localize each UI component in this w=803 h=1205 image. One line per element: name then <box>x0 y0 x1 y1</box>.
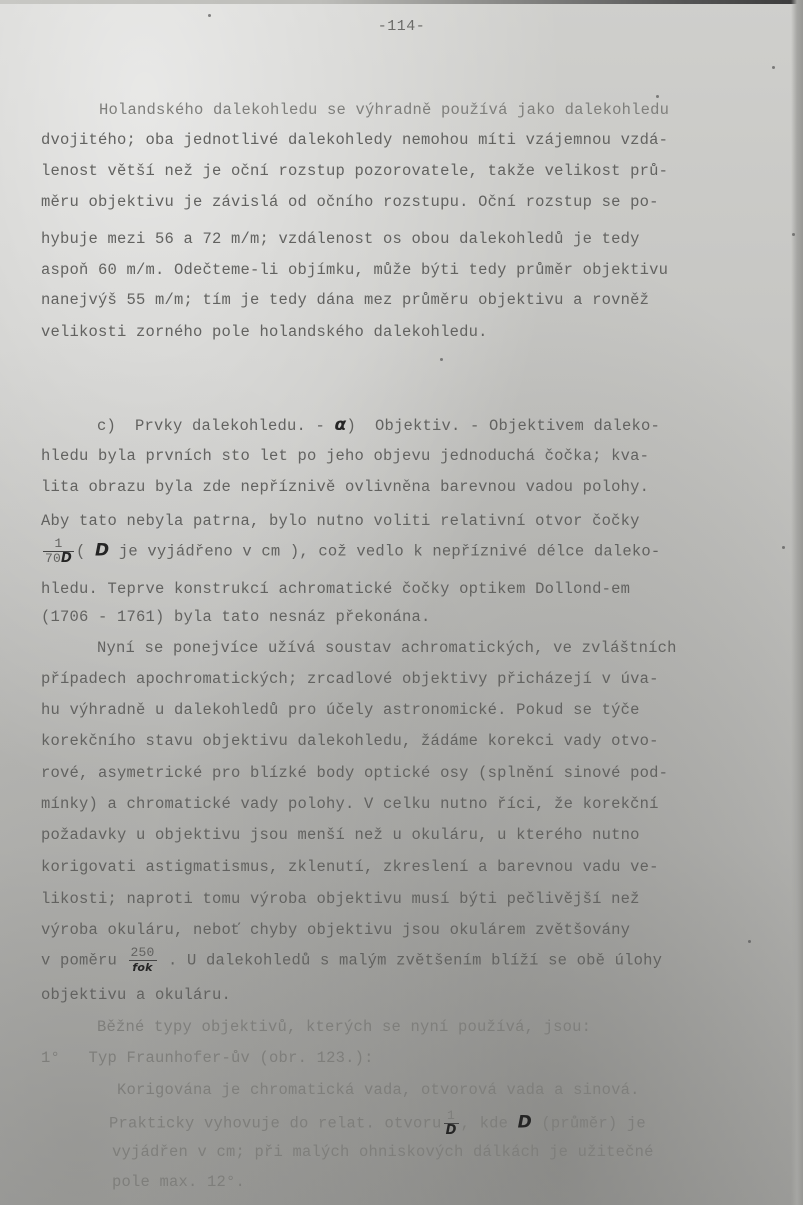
ratio-line: v poměru 250fok . U dalekohledů s malým … <box>41 946 662 975</box>
fraction-1-over-70D: 170D <box>43 537 74 566</box>
text-line: dvojitého; oba jednotlivé dalekohledy ne… <box>41 130 668 150</box>
text-line: mínky) a chromatické vady polohy. V celk… <box>41 794 659 814</box>
scan-speck <box>440 358 443 361</box>
text-line: likosti; naproti tomu výroba objektivu m… <box>41 889 640 909</box>
text-line: hledu. Teprve konstrukcí achromatické čo… <box>41 579 630 599</box>
section-heading-line: c) Prvky dalekohledu. - α) Objektiv. - O… <box>97 415 660 436</box>
ratio-suffix: . U dalekohledů s malým zvětšením blíží … <box>159 952 663 970</box>
diameter-symbol: D <box>518 1113 532 1133</box>
text-line: hledu byla prvních sto let po jeho objev… <box>41 446 649 466</box>
formula-line: 170D( D je vyjádřeno v cm ), což vedlo k… <box>41 537 660 566</box>
text-line: aspoň 60 m/m. Odečteme-li objímku, může … <box>41 260 668 280</box>
scan-top-edge <box>0 0 803 4</box>
scan-right-edge <box>791 0 803 1205</box>
list-item-title: Typ Fraunhofer-ův (obr. 123.): <box>89 1049 374 1067</box>
text-line: pole max. 12°. <box>112 1172 245 1192</box>
ratio-prefix: v poměru <box>41 952 127 970</box>
text-line: korigovati astigmatismus, zklenutí, zkre… <box>41 857 659 877</box>
diameter-symbol: D <box>95 541 109 561</box>
text-line: korekčního stavu objektivu dalekohledu, … <box>41 731 659 751</box>
fraction-denominator: fok <box>129 961 157 975</box>
page-number: -114- <box>0 18 803 35</box>
alpha-symbol: α <box>335 415 347 435</box>
scan-speck <box>782 546 785 549</box>
scan-speck <box>656 95 659 98</box>
text-line: (1706 - 1761) byla tato nesnáz překonána… <box>41 607 431 627</box>
fraction-1-over-D: 1D <box>444 1109 459 1138</box>
text-line: Korigována je chromatická vada, otvorová… <box>117 1080 640 1100</box>
text-line: lita obrazu byla zde nepříznivě ovlivněn… <box>41 477 649 497</box>
text-line: požadavky u objektivu jsou menší než u o… <box>41 825 640 845</box>
section-heading-suffix: ) Objektiv. - Objektivem daleko- <box>346 417 660 435</box>
denominator-number: 70 <box>45 551 61 566</box>
text-line: lenost větší než je oční rozstup pozorov… <box>41 161 668 181</box>
formula-line: Prakticky vyhovuje do relat. otvoru1D, k… <box>109 1109 646 1138</box>
scan-speck <box>792 233 795 236</box>
text-line: případech apochromatických; zrcadlové ob… <box>41 669 659 689</box>
scan-speck <box>748 940 751 943</box>
text-line: rové, asymetrické pro blízké body optick… <box>41 763 668 783</box>
text-line: objektivu a okuláru. <box>41 985 231 1005</box>
formula-open-paren: ( <box>76 543 95 561</box>
formula-text: (průměr) je <box>532 1115 646 1133</box>
list-item-1-title-line: 1° Typ Fraunhofer-ův (obr. 123.): <box>41 1048 374 1068</box>
text-line: hu výhradně u dalekohledů pro účely astr… <box>41 700 640 720</box>
list-marker: 1° <box>41 1049 60 1067</box>
fraction-numerator: 1 <box>444 1109 459 1124</box>
text-line: vyjádřen v cm; při malých ohniskových dá… <box>112 1142 654 1162</box>
text-line: Nyní se ponejvíce užívá soustav achromat… <box>97 638 677 658</box>
fraction-denominator: D <box>444 1124 459 1138</box>
text-line: měru objektivu je závislá od očního rozs… <box>41 192 659 212</box>
denominator-symbol: D <box>61 551 72 566</box>
fraction-numerator: 1 <box>43 537 74 552</box>
formula-text: , kde <box>461 1115 518 1133</box>
fraction-denominator: 70D <box>43 552 74 566</box>
text-line: výroba okuláru, neboť chyby objektivu js… <box>41 920 630 940</box>
fraction-numerator: 250 <box>129 946 157 961</box>
fraction-250-over-fok: 250fok <box>129 946 157 975</box>
text-line: Holandského dalekohledu se výhradně použ… <box>99 100 669 120</box>
scanned-document-page: -114- Holandského dalekohledu se výhradn… <box>0 0 803 1205</box>
text-line: hybuje mezi 56 a 72 m/m; vzdálenost os o… <box>41 229 640 249</box>
scan-speck <box>772 66 775 69</box>
text-line: Běžné typy objektivů, kterých se nyní po… <box>97 1017 591 1037</box>
scan-speck <box>208 14 211 17</box>
text-line: nanejvýš 55 m/m; tím je tedy dána mez pr… <box>41 290 649 310</box>
section-heading-prefix: c) Prvky dalekohledu. - <box>97 417 335 435</box>
formula-text: Prakticky vyhovuje do relat. otvoru <box>109 1115 442 1133</box>
formula-text: je vyjádřeno v cm ), což vedlo k nepřízn… <box>109 543 660 561</box>
text-line: velikosti zorného pole holandského dalek… <box>41 322 488 342</box>
text-line: Aby tato nebyla patrna, bylo nutno volit… <box>41 511 640 531</box>
